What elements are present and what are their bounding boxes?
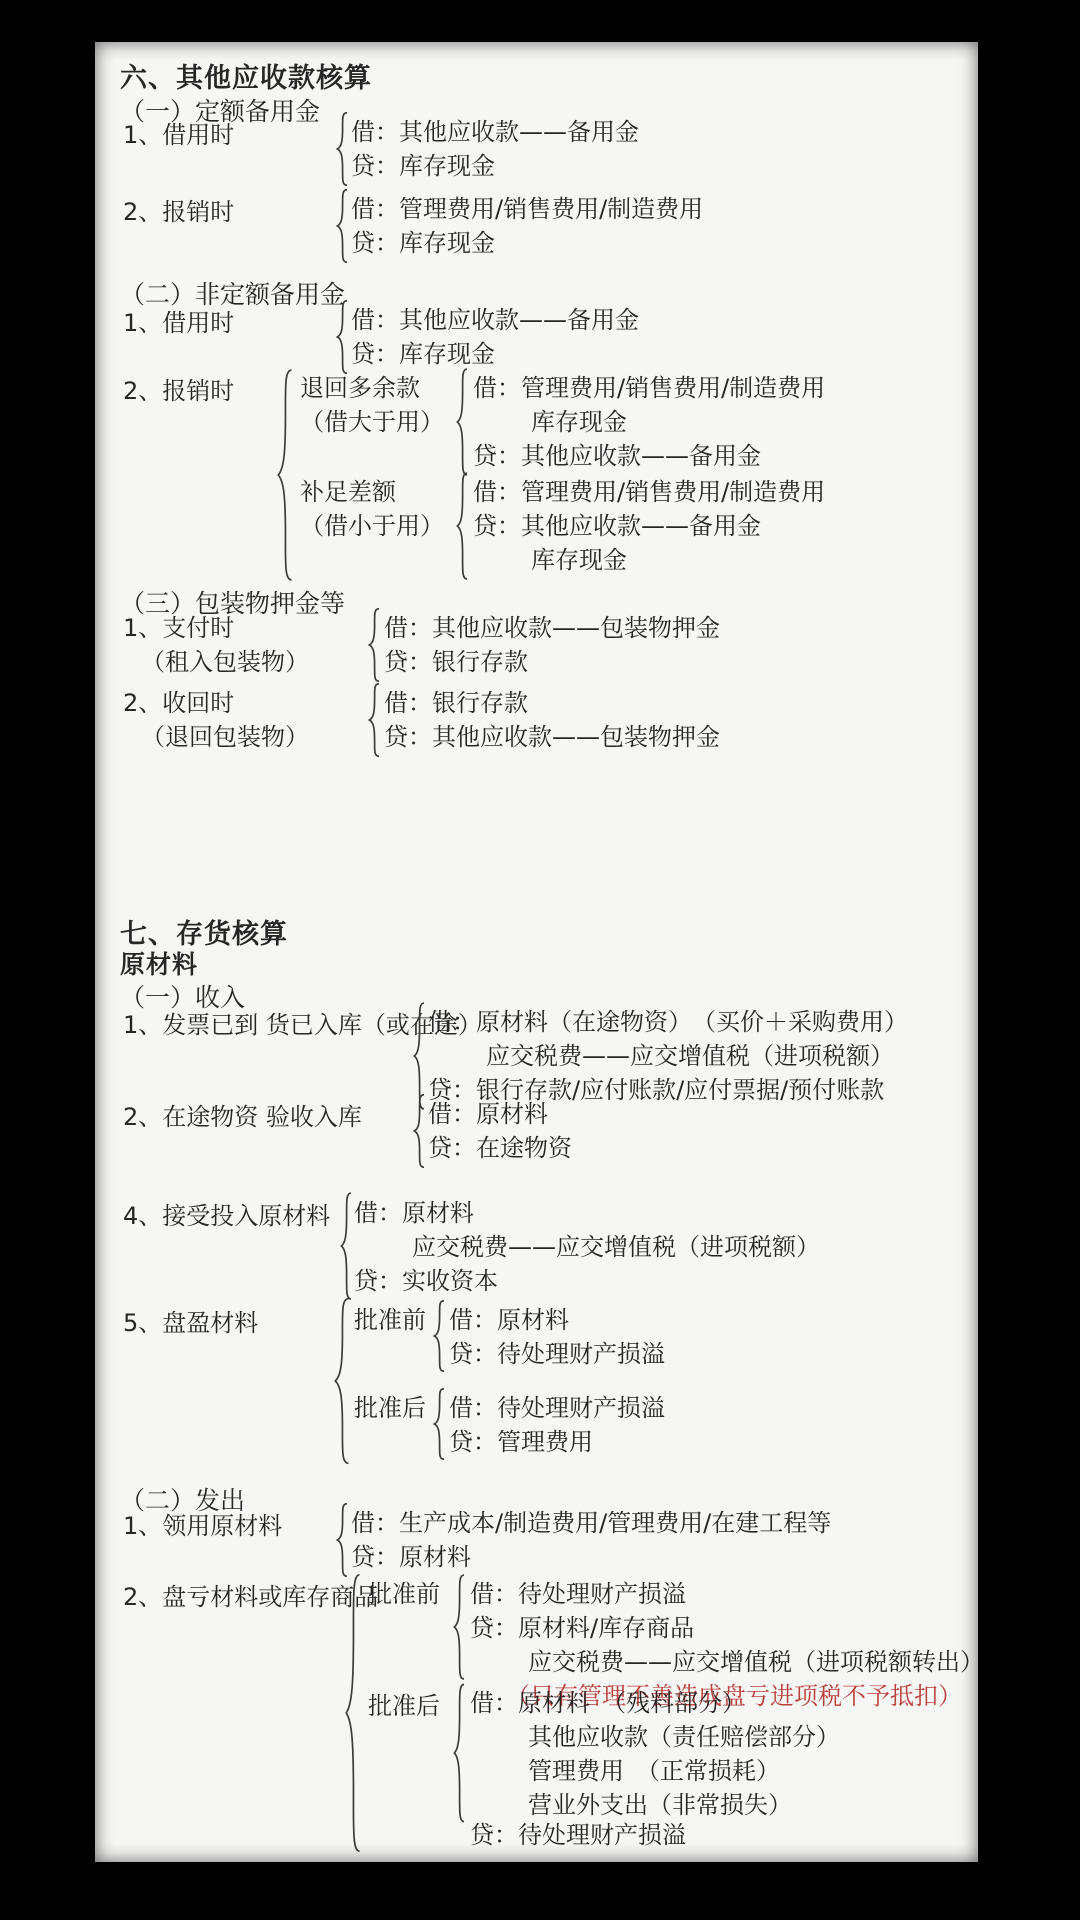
entry-label-line: （租入包装物） [123, 645, 309, 679]
entry-label-line: 1、支付时 [123, 611, 309, 645]
entry-label: 5、盘盈材料 [123, 1306, 258, 1340]
journal-entry: 借：原材料 应交税费——应交增值税（进项税额） 贷：实收资本 [354, 1196, 820, 1298]
journal-line: 库存现金 [473, 543, 825, 577]
journal-entry: 借：管理费用/销售费用/制造费用 贷：库存现金 [351, 192, 703, 260]
curly-brace-icon [455, 472, 471, 580]
entry-label: 1、领用原材料 [123, 1509, 282, 1543]
journal-line: 借：管理费用/销售费用/制造费用 [351, 192, 703, 226]
journal-entry: 借：其他应收款——包装物押金 贷：银行存款 [384, 611, 720, 679]
entry-label: 1、借用时 [123, 306, 234, 340]
journal-line: 贷：原材料 [351, 1540, 831, 1574]
curly-brace-icon [343, 1572, 365, 1854]
entry-label: 1、支付时 （租入包装物） [123, 611, 309, 679]
journal-line: 贷：实收资本 [354, 1264, 820, 1298]
journal-entry: 借：生产成本/制造费用/管理费用/在建工程等 贷：原材料 [351, 1506, 831, 1574]
curly-brace-icon [432, 1300, 448, 1372]
entry-label: 2、收回时 （退回包装物） [123, 686, 309, 754]
curly-brace-icon [367, 683, 383, 757]
curly-brace-icon [412, 1094, 428, 1168]
curly-brace-icon [332, 1297, 354, 1465]
journal-line: 借：其他应收款——备用金 [351, 115, 639, 149]
journal-line: 借：生产成本/制造费用/管理费用/在建工程等 [351, 1506, 831, 1540]
curly-brace-icon [335, 189, 351, 263]
journal-entry: 借：原材料 贷：待处理财产损溢 [449, 1303, 665, 1371]
journal-line: 贷：银行存款 [384, 645, 720, 679]
entry-label: 4、接受投入原材料 [123, 1199, 330, 1233]
journal-entry: 借：其他应收款——备用金 贷：库存现金 [351, 115, 639, 183]
journal-line: 借：待处理财产损溢 [449, 1391, 665, 1425]
case-label: 补足差额 （借小于用） [300, 475, 444, 543]
curly-brace-icon [335, 112, 351, 186]
journal-line: 应交税费——应交增值税（进项税额） [428, 1039, 908, 1073]
journal-line: 贷：其他应收款——备用金 [473, 509, 825, 543]
journal-line: 借：原材料 [428, 1097, 572, 1131]
curly-brace-icon [335, 1503, 351, 1577]
journal-entry: 借：原材料 贷：在途物资 [428, 1097, 572, 1165]
journal-line: 借：其他应收款——包装物押金 [384, 611, 720, 645]
journal-line: 应交税费——应交增值税（进项税额） [354, 1230, 820, 1264]
section7-subtitle: 原材料 [120, 945, 198, 981]
journal-line: 贷：库存现金 [351, 226, 703, 260]
entry-label: 2、报销时 [123, 374, 234, 408]
case-label-line: 退回多余款 [300, 371, 444, 405]
journal-line: 库存现金 [473, 405, 825, 439]
curly-brace-icon [455, 368, 471, 476]
entry-label-line: 2、收回时 [123, 686, 309, 720]
journal-entry: 借：原材料 （残料部分） 其他应收款（责任赔偿部分） 管理费用 （正常损耗） 营… [470, 1686, 840, 1822]
journal-line: 借：原材料 [449, 1303, 665, 1337]
journal-entry: 借：管理费用/销售费用/制造费用 贷：其他应收款——备用金 库存现金 [473, 475, 825, 577]
case-label: 退回多余款 （借大于用） [300, 371, 444, 439]
case-label-line: 补足差额 [300, 475, 444, 509]
journal-line: 借：其他应收款——备用金 [351, 303, 639, 337]
case-label: 批准前 [354, 1303, 426, 1337]
curly-brace-icon [432, 1388, 448, 1460]
journal-line: 管理费用 （正常损耗） [470, 1754, 840, 1788]
journal-line: 贷：在途物资 [428, 1131, 572, 1165]
journal-entry: 借：待处理财产损溢 贷：管理费用 [449, 1391, 665, 1459]
case-label: 批准前 [368, 1577, 440, 1611]
journal-line: 应交税费——应交增值税（进项税额转出） [470, 1645, 984, 1679]
journal-entry: 借：原材料（在途物资） （买价＋采购费用） 应交税费——应交增值税（进项税额） … [428, 1005, 908, 1107]
case-label: 批准后 [354, 1391, 426, 1425]
journal-line: 贷：其他应收款——备用金 [473, 439, 825, 473]
entry-label: 1、借用时 [123, 118, 234, 152]
curly-brace-icon [335, 300, 351, 374]
journal-line: 借：原材料 [354, 1196, 820, 1230]
journal-entry: 借：管理费用/销售费用/制造费用 库存现金 贷：其他应收款——备用金 [473, 371, 825, 473]
entry-label: 2、盘亏材料或库存商品 [123, 1580, 378, 1614]
journal-line: 贷：库存现金 [351, 337, 639, 371]
case-label-line: （借大于用） [300, 405, 444, 439]
entry-label: 2、在途物资 验收入库 [123, 1100, 362, 1134]
curly-brace-icon [275, 368, 297, 582]
journal-line: 贷：待处理财产损溢 [449, 1337, 665, 1371]
entry-label: 2、报销时 [123, 195, 234, 229]
journal-line: 借：管理费用/销售费用/制造费用 [473, 371, 825, 405]
case-label: 批准后 [368, 1689, 440, 1723]
journal-entry: 借：银行存款 贷：其他应收款——包装物押金 [384, 686, 720, 754]
curly-brace-icon [339, 1192, 355, 1300]
journal-line: 贷：库存现金 [351, 149, 639, 183]
journal-line: 借：管理费用/销售费用/制造费用 [473, 475, 825, 509]
journal-line: 营业外支出（非常损失） [470, 1788, 840, 1822]
journal-line: 其他应收款（责任赔偿部分） [470, 1720, 840, 1754]
journal-line: 贷：其他应收款——包装物押金 [384, 720, 720, 754]
curly-brace-icon [367, 608, 383, 682]
screenshot-root: { "colors": { "background": "#000000", "… [0, 0, 1080, 1920]
section6-title: 六、其他应收款核算 [120, 56, 372, 95]
journal-line: 借：原材料 （残料部分） [470, 1686, 840, 1720]
case-label-line: （借小于用） [300, 509, 444, 543]
notes-page: 六、其他应收款核算 （一）定额备用金 1、借用时 借：其他应收款——备用金 贷：… [95, 42, 978, 1862]
journal-line: 贷：原材料/库存商品 [470, 1611, 984, 1645]
journal-line: 借：待处理财产损溢 [470, 1577, 984, 1611]
journal-line: 贷：管理费用 [449, 1425, 665, 1459]
journal-line: 借：原材料（在途物资） （买价＋采购费用） [428, 1005, 908, 1039]
journal-line: 贷：待处理财产损溢 [470, 1818, 686, 1852]
journal-line: 借：银行存款 [384, 686, 720, 720]
entry-label-line: （退回包装物） [123, 720, 309, 754]
curly-brace-icon [452, 1574, 468, 1680]
journal-entry: 借：其他应收款——备用金 贷：库存现金 [351, 303, 639, 371]
curly-brace-icon [452, 1683, 468, 1823]
